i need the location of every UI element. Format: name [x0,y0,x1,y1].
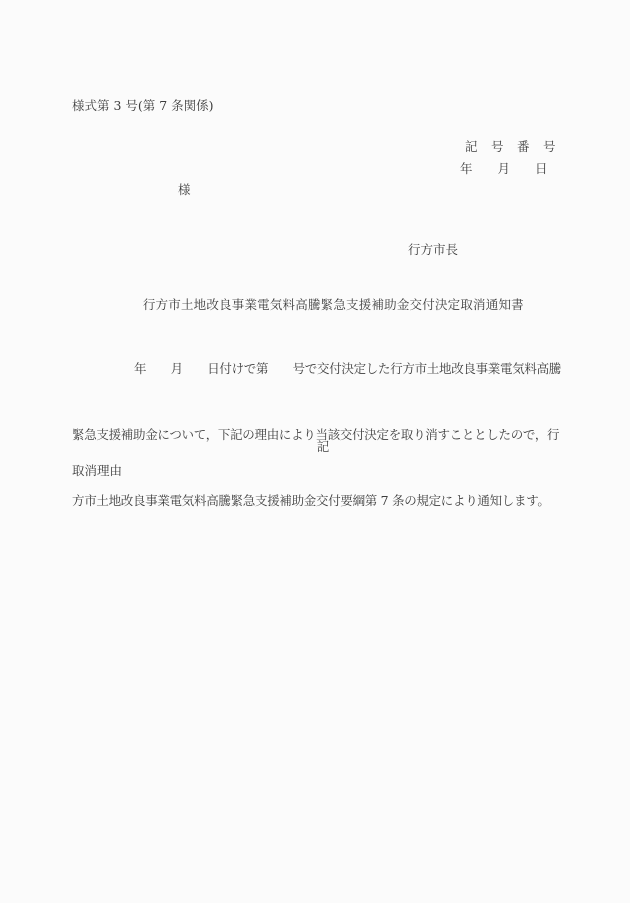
document-page: 様式第 3 号(第 7 条関係) 記 号 番 号 年 月 日 様 行方市長 行方… [0,0,630,903]
document-number-placeholder: 記 号 番 号 [465,137,556,155]
body-line-1: 年 月 日付けで第 号で交付決定した行方市土地改良事業電気料高騰 [72,358,564,380]
sender-label: 行方市長 [408,240,458,258]
document-title: 行方市土地改良事業電気料高騰緊急支援補助金交付決定取消通知書 [143,297,524,312]
cancellation-reason-label: 取消理由 [72,461,122,479]
notation-marker: 記 [317,439,330,454]
body-line-3: 方市土地改良事業電気料高騰緊急支援補助金交付要綱第 7 条の規定により通知します… [72,490,564,512]
form-number-label: 様式第 3 号(第 7 条関係) [72,96,214,114]
date-placeholder: 年 月 日 [460,159,548,177]
addressee-suffix-label: 様 [178,180,191,198]
